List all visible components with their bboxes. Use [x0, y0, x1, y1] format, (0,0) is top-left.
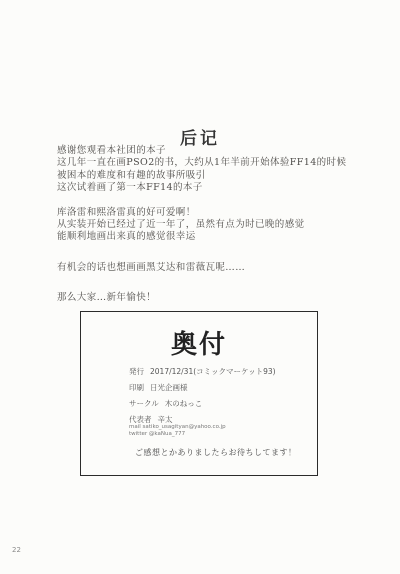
- afterword-body: 感谢您观看本社团的本子 这几年一直在画PSO2的书，大约从1年半前开始体验FF1…: [57, 145, 380, 317]
- colophon-title: 奥付: [81, 324, 317, 361]
- scanned-afterword-page: 后记 感谢您观看本社团的本子 这几年一直在画PSO2的书，大约从1年半前开始体验…: [0, 0, 400, 574]
- colophon-entry-label: 代表者: [129, 415, 152, 424]
- afterword-line: 这几年一直在画PSO2的书，大约从1年半前开始体验FF14的时候: [57, 157, 380, 169]
- colophon-entry-value: 2017/12/31(コミックマーケット93): [150, 367, 276, 376]
- colophon-box: 奥付 発行2017/12/31(コミックマーケット93) 印刷日光企画様 サーク…: [80, 311, 318, 476]
- afterword-line: 有机会的话也想画画黑艾达和雷薇瓦呢……: [57, 262, 380, 274]
- colophon-note: ご感想とかありましたらお待ちしてます！: [135, 447, 297, 458]
- colophon-entry-label: サークル: [129, 399, 159, 408]
- colophon-entry-published: 発行2017/12/31(コミックマーケット93): [129, 364, 309, 380]
- page-number: 22: [12, 546, 21, 554]
- colophon-entry-circle: サークル木のねっこ: [129, 396, 309, 412]
- afterword-line: 被困本的难度和有趣的故事所吸引: [57, 170, 380, 182]
- colophon-entry-label: 発行: [129, 367, 144, 376]
- afterword-line: 这次试着画了第一本FF14的本子: [57, 182, 380, 194]
- afterword-paragraph: 感谢您观看本社团的本子 这几年一直在画PSO2的书，大约从1年半前开始体验FF1…: [57, 145, 380, 195]
- colophon-entry-value: 辛太: [158, 415, 173, 424]
- afterword-line: 库洛雷和熙洛雷真的好可爱啊！: [57, 207, 380, 219]
- afterword-paragraph: 库洛雷和熙洛雷真的好可爱啊！ 从实装开始已经过了近一年了，虽然有点为时已晚的感觉…: [57, 207, 380, 244]
- contact-mail: mail satiko_usagityan@yahoo.co.jp: [129, 424, 226, 431]
- colophon-contact: mail satiko_usagityan@yahoo.co.jp twitte…: [129, 424, 226, 438]
- colophon-entry-value: 日光企画様: [150, 383, 188, 392]
- afterword-line: 从实装开始已经过了近一年了，虽然有点为时已晚的感觉: [57, 219, 380, 231]
- colophon-entries: 発行2017/12/31(コミックマーケット93) 印刷日光企画様 サークル木の…: [129, 364, 309, 428]
- contact-twitter: twitter @kaNua_777: [129, 431, 226, 438]
- afterword-line: 能顺利地画出来真的感觉很幸运: [57, 231, 380, 243]
- colophon-entry-value: 木のねっこ: [165, 399, 203, 408]
- afterword-paragraph: 那么大家…新年愉快！: [57, 292, 380, 304]
- afterword-paragraph: 有机会的话也想画画黑艾达和雷薇瓦呢……: [57, 262, 380, 274]
- afterword-line: 那么大家…新年愉快！: [57, 292, 380, 304]
- colophon-entry-printer: 印刷日光企画様: [129, 380, 309, 396]
- colophon-entry-label: 印刷: [129, 383, 144, 392]
- afterword-line: 感谢您观看本社团的本子: [57, 145, 380, 157]
